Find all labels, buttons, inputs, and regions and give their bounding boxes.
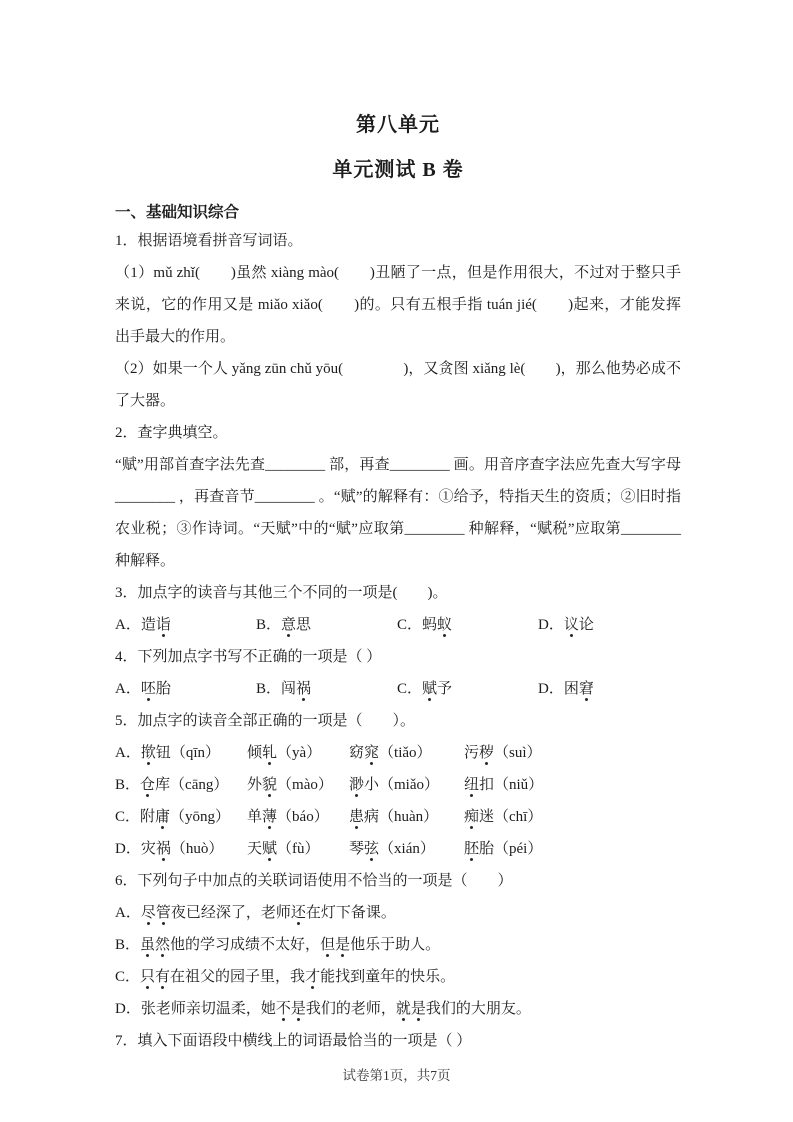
question-5-row-b: B．仓库（cāng） 外貌（mào） 渺小（miǎo） 纽扣（niǔ） (115, 769, 681, 801)
question-5-row-c: C．附庸（yōng） 单薄（báo） 患病（huàn） 痴迷（chī） (115, 801, 681, 833)
section-heading: 一、基础知识综合 (115, 201, 681, 225)
emphasis-dotted-char: 才 (305, 969, 320, 985)
question-6-option-b: B．虽然他的学习成绩不太好，但是他乐于助人。 (115, 929, 681, 961)
question-3-option-a: A．造诣 (115, 609, 256, 641)
question-3-options: A．造诣 B．意思 C．蚂蚁 D．议论 (115, 609, 681, 641)
question-5-row-d: D．灾祸（huò） 天赋（fù） 琴弦（xián） 胚胎（péi） (115, 833, 681, 865)
emphasis-dotted-char: 窘 (579, 681, 594, 697)
emphasis-dotted-char: 痴 (464, 809, 479, 825)
question-5-item: 倾轧（yà） (247, 737, 349, 769)
emphasis-dotted-char: 就 (396, 1001, 411, 1017)
emphasis-dotted-char: 管 (156, 905, 171, 921)
emphasis-dotted-char: 不 (276, 1001, 291, 1017)
question-5-item: B．仓库（cāng） (115, 769, 247, 801)
question-5-item: 窈窕（tiǎo） (349, 737, 464, 769)
question-6-option-c: C．只有在祖父的园子里，我才能找到童年的快乐。 (115, 961, 681, 993)
question-5-item: A．揿钮（qīn） (115, 737, 247, 769)
emphasis-dotted-char: 尽 (141, 905, 156, 921)
question-5-item: 外貌（mào） (247, 769, 349, 801)
test-paper-page: 第八单元 单元测试 B 卷 一、基础知识综合 1．根据语境看拼音写词语。 （1）… (0, 0, 793, 1122)
emphasis-dotted-char: 渺 (349, 777, 364, 793)
question-5-item: 琴弦（xián） (349, 833, 464, 865)
emphasis-dotted-char: 轧 (262, 745, 277, 761)
question-5-row-a: A．揿钮（qīn） 倾轧（yà） 窈窕（tiǎo） 污秽（suì） (115, 737, 681, 769)
question-6-option-d: D．张老师亲切温柔，她不是我们的老师，就是我们的大朋友。 (115, 993, 681, 1025)
question-5-item: 污秽（suì） (464, 737, 681, 769)
question-5-item: 单薄（báo） (247, 801, 349, 833)
question-4-option-a: A．呸胎 (115, 673, 256, 705)
emphasis-dotted-char: 患 (349, 809, 364, 825)
emphasis-dotted-char: 但 (320, 937, 335, 953)
emphasis-dotted-char: 虽 (140, 937, 155, 953)
emphasis-dotted-char: 祸 (156, 841, 171, 857)
question-3-option-b: B．意思 (256, 609, 397, 641)
question-5-item: C．附庸（yōng） (115, 801, 247, 833)
question-4-option-c: C．赋予 (397, 673, 538, 705)
question-2-body: “赋”用部首查字法先查________ 部，再查________ 画。用音序查字… (115, 449, 681, 577)
unit-title: 第八单元 (115, 112, 681, 139)
question-5-item: 痴迷（chī） (464, 801, 681, 833)
emphasis-dotted-char: 呸 (141, 681, 156, 697)
emphasis-dotted-char: 薄 (262, 809, 277, 825)
question-1-stem: 1．根据语境看拼音写词语。 (115, 225, 681, 257)
emphasis-dotted-char: 仓 (140, 777, 155, 793)
emphasis-dotted-char: 是 (411, 1001, 426, 1017)
emphasis-dotted-char: 庸 (155, 809, 170, 825)
question-3-option-c: C．蚂蚁 (397, 609, 538, 641)
question-3: 3．加点字的读音与其他三个不同的一项是( )。 A．造诣 B．意思 C．蚂蚁 D… (115, 577, 681, 641)
emphasis-dotted-char: 胚 (464, 841, 479, 857)
question-2: 2．查字典填空。 “赋”用部首查字法先查________ 部，再查_______… (115, 417, 681, 577)
question-5-item: 胚胎（péi） (464, 833, 681, 865)
question-7: 7．填入下面语段中横线上的词语最恰当的一项是（ ） (115, 1025, 681, 1057)
emphasis-dotted-char: 秽 (479, 745, 494, 761)
emphasis-dotted-char: 纽 (464, 777, 479, 793)
emphasis-dotted-char: 有 (155, 969, 170, 985)
question-3-stem: 3．加点字的读音与其他三个不同的一项是( )。 (115, 577, 681, 609)
question-5-stem: 5．加点字的读音全部正确的一项是（ ）。 (115, 705, 681, 737)
emphasis-dotted-char: 只 (140, 969, 155, 985)
question-1-paragraph-1: （1）mǔ zhǐ( )虽然 xiàng mào( )丑陋了一点，但是作用很大，… (115, 257, 681, 353)
emphasis-dotted-char: 窕 (364, 745, 379, 761)
emphasis-dotted-char: 议 (564, 617, 579, 633)
question-1-paragraph-2: （2）如果一个人 yǎng zūn chǔ yōu( )，又贪图 xiǎng l… (115, 353, 681, 417)
question-6-stem: 6．下列句子中加点的关联词语使用不恰当的一项是（ ） (115, 865, 681, 897)
emphasis-dotted-char: 蚁 (437, 617, 452, 633)
emphasis-dotted-char: 诣 (156, 617, 171, 633)
paper-title: 单元测试 B 卷 (115, 157, 681, 184)
question-4-options: A．呸胎 B．闯祸 C．赋予 D．困窘 (115, 673, 681, 705)
question-2-stem: 2．查字典填空。 (115, 417, 681, 449)
question-4-stem: 4．下列加点字书写不正确的一项是（ ） (115, 641, 681, 673)
question-6: 6．下列句子中加点的关联词语使用不恰当的一项是（ ） A．尽管夜已经深了，老师还… (115, 865, 681, 1025)
question-6-option-a: A．尽管夜已经深了，老师还在灯下备课。 (115, 897, 681, 929)
emphasis-dotted-char: 赋 (422, 681, 437, 697)
question-5-item: 纽扣（niǔ） (464, 769, 681, 801)
question-4-option-d: D．困窘 (538, 673, 679, 705)
emphasis-dotted-char: 意 (281, 617, 296, 633)
question-3-option-d: D．议论 (538, 609, 679, 641)
emphasis-dotted-char: 揿 (141, 745, 156, 761)
emphasis-dotted-char: 貌 (262, 777, 277, 793)
question-4-option-b: B．闯祸 (256, 673, 397, 705)
page-footer: 试卷第1页，共7页 (0, 1064, 793, 1084)
question-5-item: 患病（huàn） (349, 801, 464, 833)
emphasis-dotted-char: 还 (291, 905, 306, 921)
question-5-item: 天赋（fù） (247, 833, 349, 865)
question-5-item: 渺小（miǎo） (349, 769, 464, 801)
question-5: 5．加点字的读音全部正确的一项是（ ）。 A．揿钮（qīn） 倾轧（yà） 窈窕… (115, 705, 681, 865)
emphasis-dotted-char: 祸 (296, 681, 311, 697)
emphasis-dotted-char: 赋 (262, 841, 277, 857)
emphasis-dotted-char: 是 (291, 1001, 306, 1017)
question-1: 1．根据语境看拼音写词语。 （1）mǔ zhǐ( )虽然 xiàng mào( … (115, 225, 681, 417)
question-5-item: D．灾祸（huò） (115, 833, 247, 865)
emphasis-dotted-char: 弦 (364, 841, 379, 857)
emphasis-dotted-char: 然 (155, 937, 170, 953)
emphasis-dotted-char: 是 (335, 937, 350, 953)
question-7-stem: 7．填入下面语段中横线上的词语最恰当的一项是（ ） (115, 1025, 681, 1057)
question-4: 4．下列加点字书写不正确的一项是（ ） A．呸胎 B．闯祸 C．赋予 D．困窘 (115, 641, 681, 705)
